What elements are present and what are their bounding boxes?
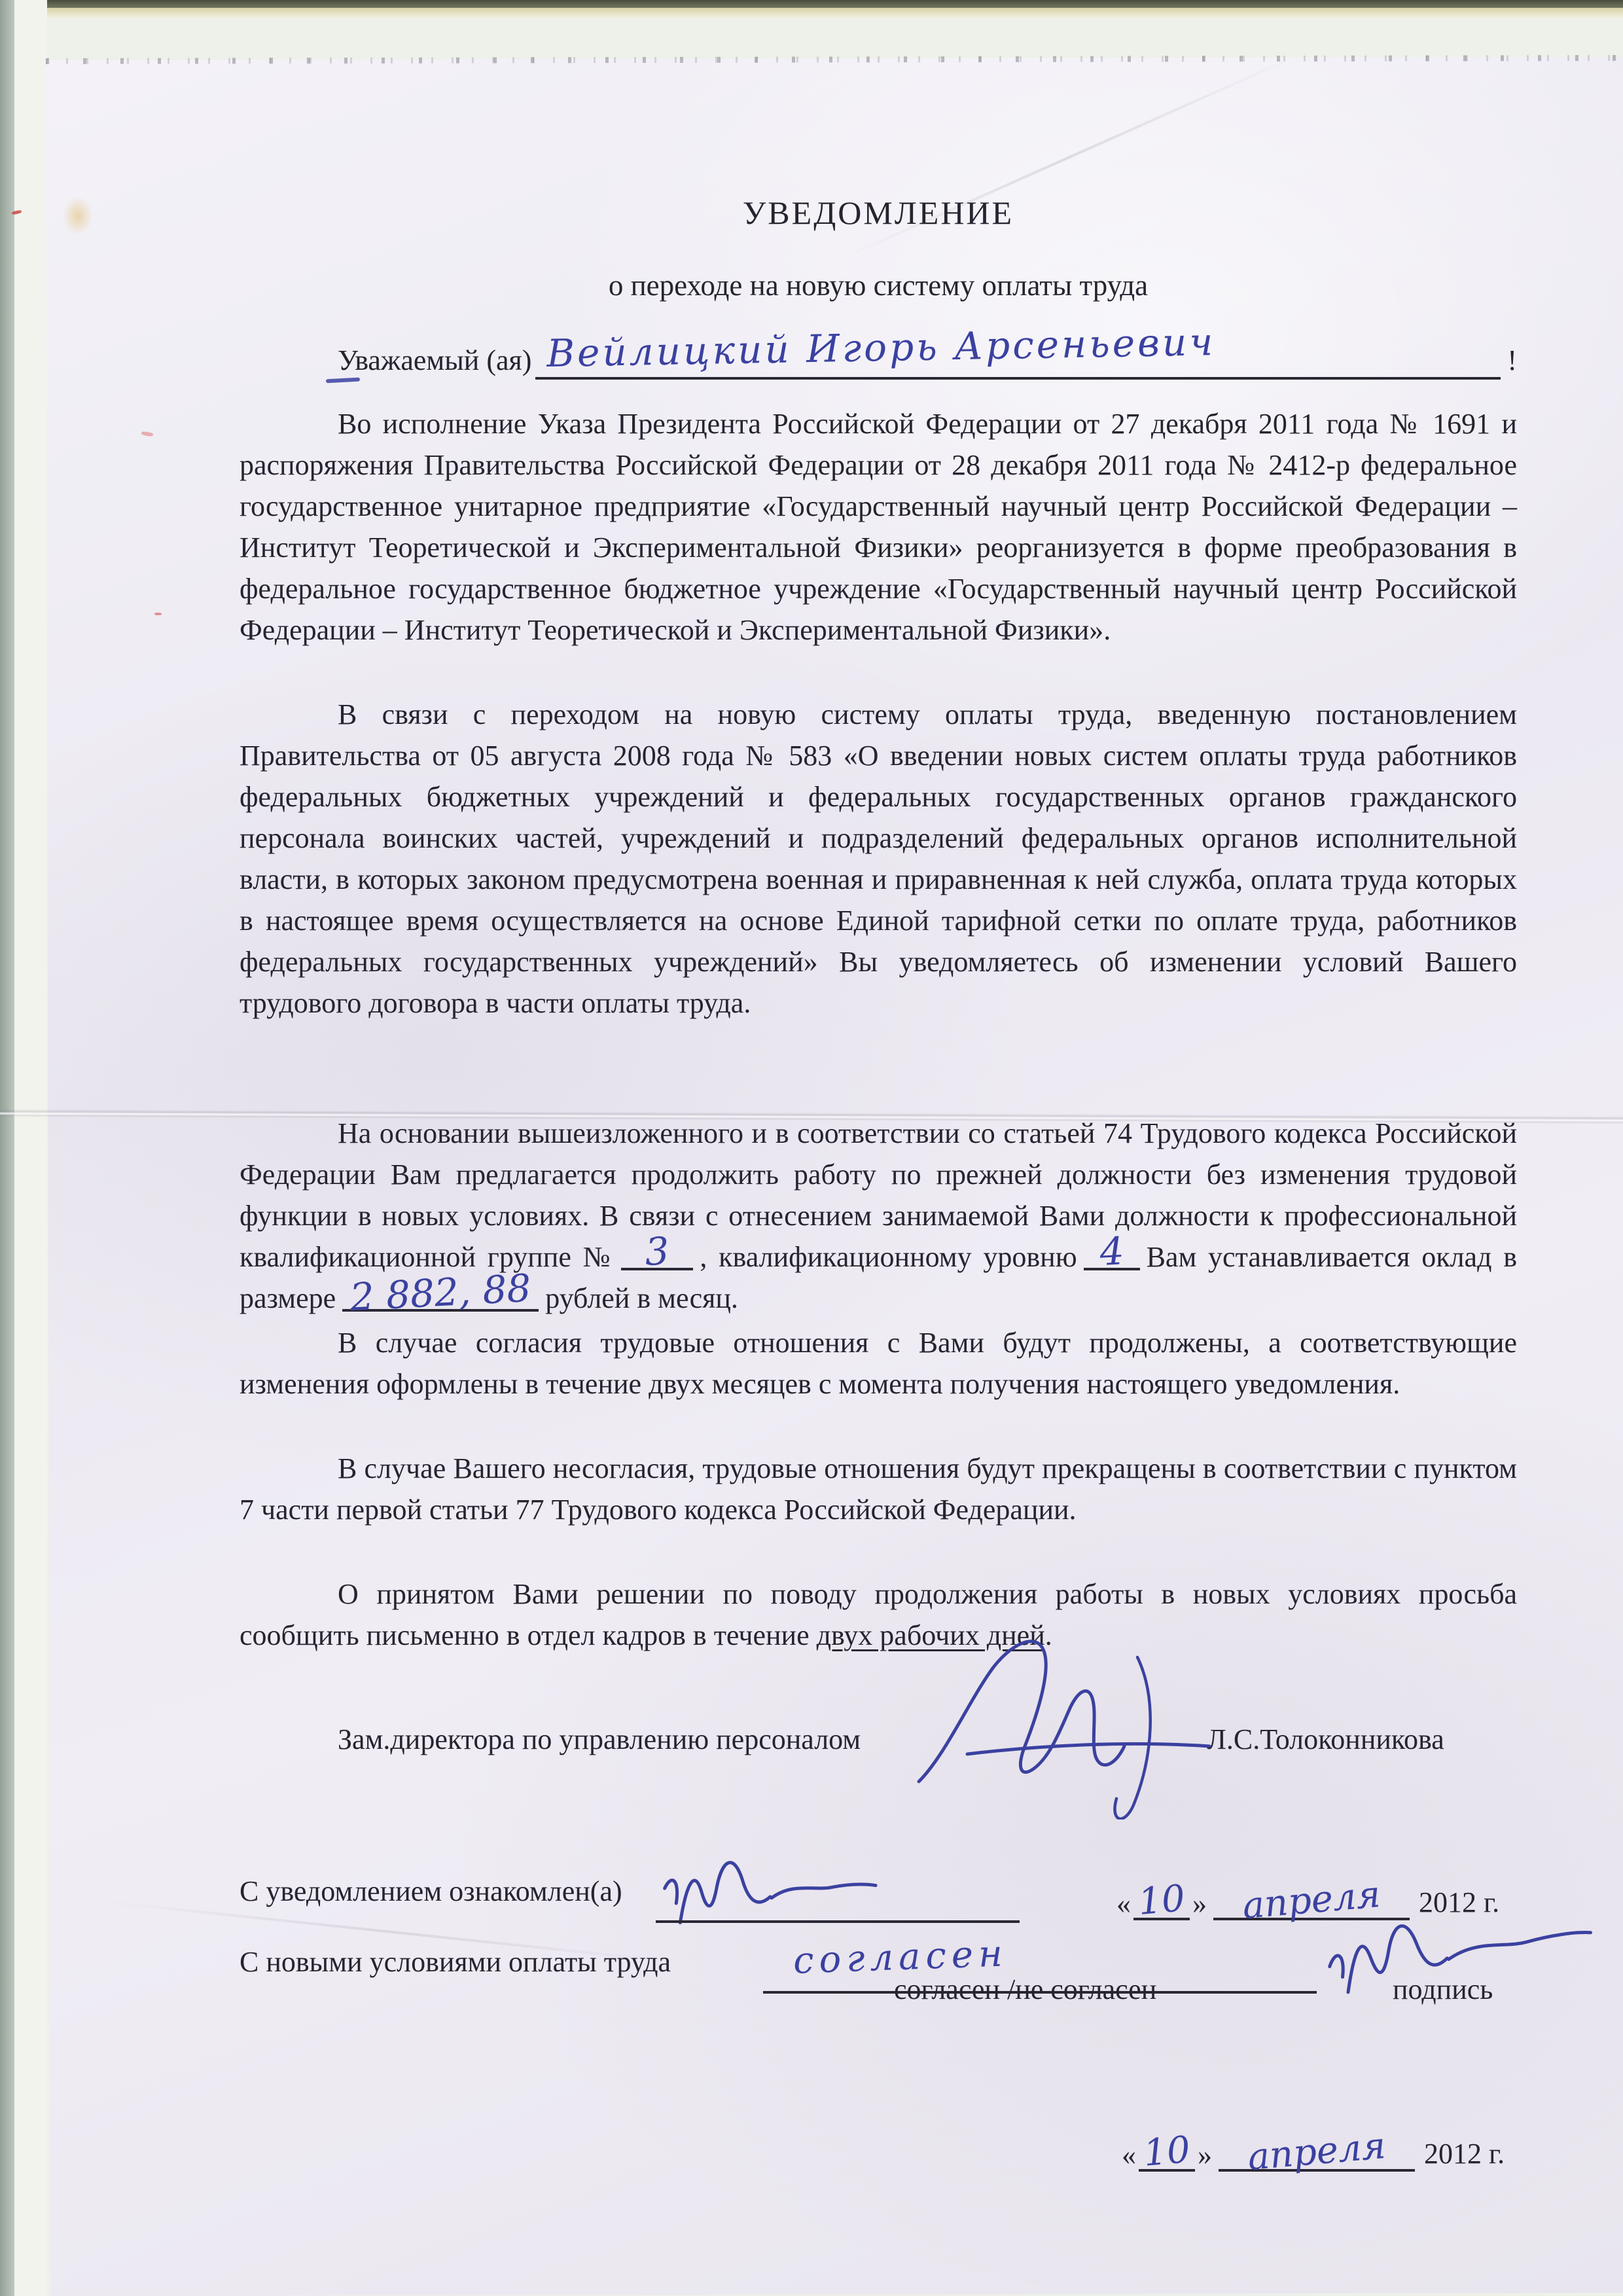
level-blank: 4 — [1084, 1239, 1140, 1270]
director-name-label: Л.С.Толоконникова — [1207, 1723, 1444, 1756]
salutation-line: Уважаемый (ая) Вейлицкий Игорь Арсеньеви… — [240, 322, 1517, 380]
bottom-year-label: 2012 г. — [1424, 2137, 1505, 2172]
handwritten-bottom-day: 10 — [1142, 2132, 1192, 2172]
handwritten-ack-day: 10 — [1137, 1880, 1186, 1921]
handwritten-group-number: 3 — [644, 1232, 670, 1271]
salutation-prefix: Уважаемый (ая) — [338, 344, 531, 380]
salary-blank: 2 882, 88 — [342, 1280, 539, 1312]
director-role-label: Зам.директора по управлению персоналом — [338, 1723, 861, 1756]
quote-close: » — [1192, 1887, 1207, 1920]
paragraph-offer-text-b: , квалификационному уровню — [700, 1241, 1077, 1273]
red-ink-mark — [154, 613, 162, 615]
scanner-bed-margin — [14, 0, 47, 2296]
paragraph-if-agree: В случае согласия трудовые отношения с В… — [240, 1322, 1517, 1405]
paragraph-reorganization: Во исполнение Указа Президента Российско… — [240, 403, 1517, 651]
salutation-blank-line: Вейлицкий Игорь Арсеньевич — [535, 319, 1501, 380]
paragraph-new-pay-system: В связи с переходом на новую систему опл… — [240, 694, 1517, 1024]
scanner-bed-strip — [0, 0, 14, 2296]
paper-stain — [63, 196, 93, 236]
document-subtitle: о переходе на новую систему оплаты труда — [240, 268, 1517, 302]
handwritten-salary: 2 882, 88 — [349, 1269, 532, 1316]
handwritten-level: 4 — [1099, 1232, 1125, 1271]
paragraph-if-disagree: В случае Вашего несогласия, трудовые отн… — [240, 1448, 1517, 1530]
director-signature-row: Зам.директора по управлению персоналом Л… — [240, 1700, 1517, 1792]
paragraph-offer-text-d: рублей в месяц. — [545, 1282, 738, 1314]
bottom-date-row: « 10 » апреля 2012 г. — [240, 2109, 1517, 2174]
handwritten-bottom-month: апреля — [1246, 2128, 1387, 2176]
handwritten-name: Вейлицкий Игорь Арсеньевич — [546, 319, 1216, 376]
acknowledgment-label: С уведомлением ознакомлен(а) — [240, 1874, 622, 1908]
document-title: УВЕДОМЛЕНИЕ — [240, 194, 1517, 232]
salutation-exclamation: ! — [1501, 344, 1517, 380]
quote-open: « — [1122, 2138, 1136, 2172]
group-number-blank: 3 — [621, 1239, 693, 1270]
torn-paper-edge — [46, 55, 1623, 64]
agree-disagree-hint: согласен /не согласен — [894, 1973, 1156, 2006]
signature-blank-line — [656, 1920, 1020, 1923]
hints-row: согласен /не согласен подпись — [240, 1973, 1517, 2012]
director-signature-scribble-icon — [907, 1617, 1221, 1820]
day-blank-line: 10 — [1139, 2130, 1195, 2172]
quote-open: « — [1116, 1887, 1131, 1920]
quote-close: » — [1198, 2138, 1212, 2172]
scanned-document-page: { "document": { "title": "УВЕДОМЛЕНИЕ", … — [0, 0, 1623, 2296]
paragraph-offer: На основании вышеизложенного и в соответ… — [240, 1113, 1517, 1319]
paragraph-decision-request: О принятом Вами решении по поводу продол… — [240, 1573, 1517, 1656]
signature-hint: подпись — [1393, 1973, 1493, 2006]
month-blank-line: апреля — [1219, 2130, 1415, 2172]
day-blank-line: 10 — [1133, 1878, 1190, 1920]
scanner-lid-edge — [0, 0, 1623, 8]
scanner-lid-highlight — [0, 8, 1623, 18]
bottom-date: « 10 » апреля 2012 г. — [1122, 2109, 1505, 2172]
